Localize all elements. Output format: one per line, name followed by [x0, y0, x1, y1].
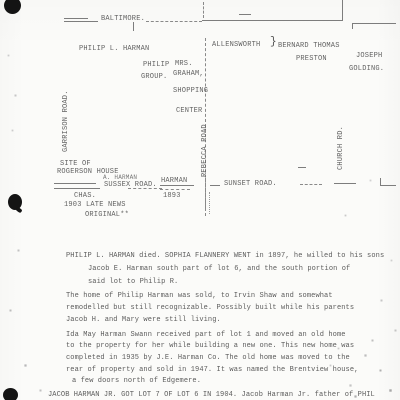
road-label-garrison-road: GARRISON ROAD.	[62, 90, 70, 152]
map-line	[298, 167, 306, 168]
map-line	[146, 21, 202, 22]
map-line	[342, 0, 343, 21]
owner-label-golding: GOLDING.	[349, 65, 384, 73]
owner-label-philip: PHILIP	[143, 61, 169, 69]
body-text-line: rear of property and sold in 1947. It wa…	[66, 366, 358, 374]
body-text-line: Jacob E. Harman south part of lot 6, and…	[88, 265, 350, 273]
body-text-line: remodelled but still recognizable. Possi…	[66, 304, 354, 312]
body-text-line: Ida May Harman Swann received part of lo…	[66, 331, 346, 339]
map-line	[54, 188, 100, 189]
owner-label-preston: PRESTON	[296, 55, 327, 63]
map-line	[352, 23, 353, 29]
label-center: CENTER	[176, 107, 202, 115]
label-chas: CHAS.	[74, 192, 96, 200]
map-line	[334, 183, 356, 184]
owner-label-group: GROUP.	[141, 73, 167, 81]
map-line	[160, 185, 194, 186]
map-line	[160, 189, 190, 190]
map-line	[205, 178, 206, 216]
map-line	[209, 192, 210, 214]
body-text-line: JACOB HARMAN JR. GOT LOT 7 OF LOT 6 IN 1…	[48, 391, 375, 399]
road-label-sunset-road: SUNSET ROAD.	[224, 180, 277, 188]
body-text-line: to the property for her while building a…	[66, 342, 354, 350]
map-line	[380, 178, 381, 186]
body-text-line: completed in 1935 by J.E. Harman Co. The…	[66, 354, 350, 362]
label-1903-late-news: 1903 LATE NEWS	[64, 201, 126, 209]
owner-label-mrs: MRS.	[175, 60, 193, 68]
map-line	[203, 2, 204, 18]
road-label-rebecca-road: REBECCA ROAD	[201, 124, 209, 177]
body-text-line: PHILIP L. HARMAN died. SOPHIA FLANNERY W…	[66, 252, 384, 260]
map-line	[202, 20, 342, 21]
map-line	[210, 185, 220, 186]
body-text-line: said lot to Philip R.	[88, 278, 178, 286]
map-line	[300, 184, 322, 185]
map-line	[352, 23, 396, 24]
scanned-document-page: BALTIMORE. PHILIP L. HARMAN ALLENSWORTH …	[0, 0, 400, 400]
owner-label-bernard-thomas: BERNARD THOMAS	[278, 42, 340, 50]
label-site-of: SITE OF	[60, 160, 91, 168]
owner-label-graham: GRAHAM,	[173, 70, 204, 78]
map-line	[239, 14, 251, 15]
map-line	[64, 21, 98, 22]
label-original: ORIGINAL**	[85, 211, 129, 219]
body-text-line: a few doors north of Edgemere.	[72, 377, 201, 385]
map-line	[64, 18, 88, 19]
road-label-church-rd: CHURCH RD.	[337, 126, 345, 170]
map-line	[133, 22, 134, 31]
map-line	[54, 183, 96, 184]
owner-label-allensworth: ALLENSWORTH	[212, 41, 260, 49]
body-text-line: The home of Philip Harman was sold, to I…	[66, 292, 333, 300]
road-label-baltimore: BALTIMORE.	[101, 15, 145, 23]
scan-content: BALTIMORE. PHILIP L. HARMAN ALLENSWORTH …	[0, 0, 400, 400]
brace-mark: }	[270, 38, 277, 46]
body-text-line: Jacob H. and Mary were still living.	[66, 316, 221, 324]
label-shopping: SHOPPING	[173, 87, 208, 95]
map-line	[380, 185, 396, 186]
label-year-1893: 1893	[163, 192, 181, 200]
label-harman: HARMAN	[161, 177, 187, 185]
road-label-sussex-road: SUSSEX ROAD.	[104, 181, 157, 189]
owner-label-philip-harman: PHILIP L. HARMAN	[79, 45, 149, 53]
owner-label-joseph: JOSEPH	[356, 52, 382, 60]
